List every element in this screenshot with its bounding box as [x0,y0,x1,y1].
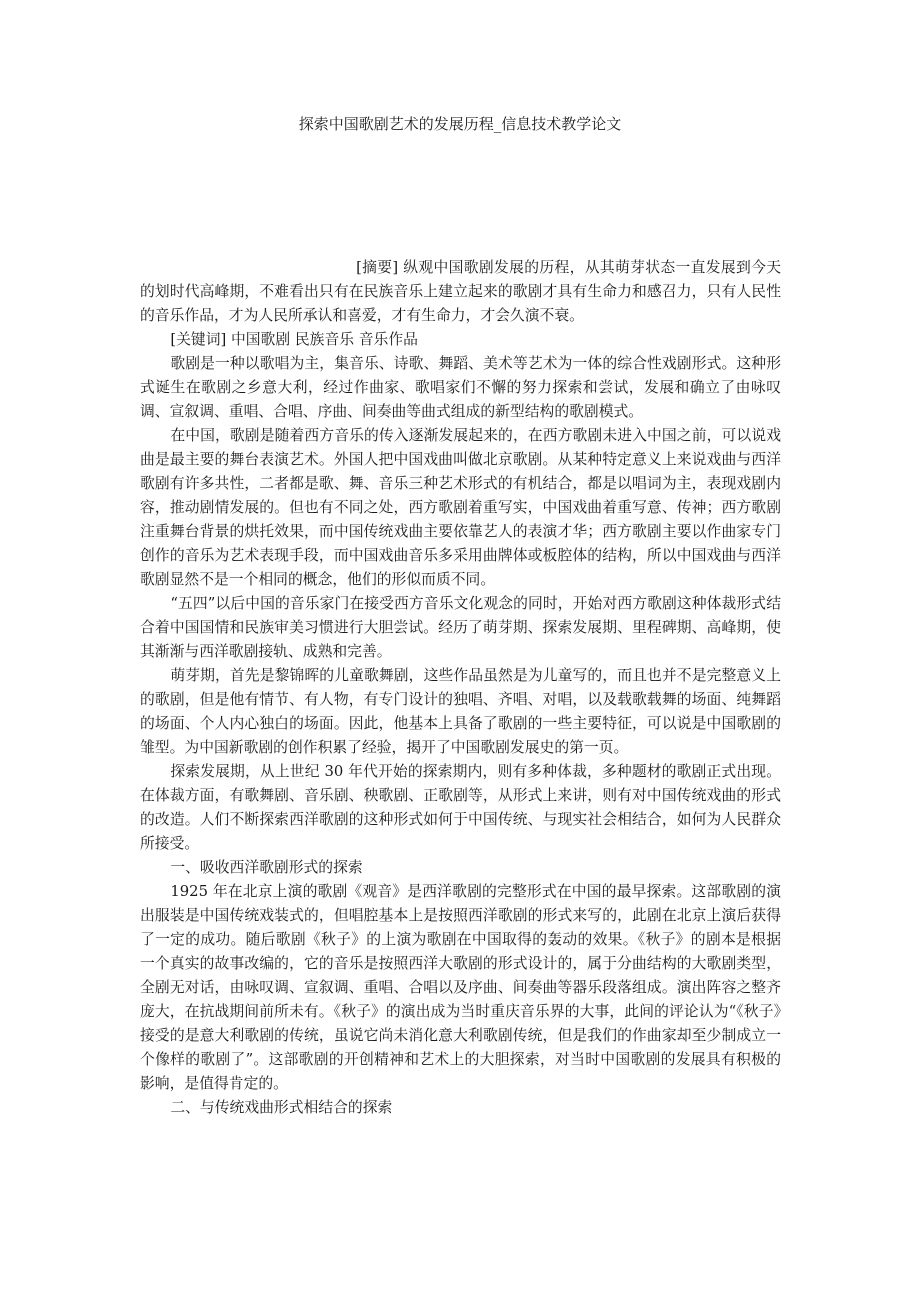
body-paragraph: 探索发展期，从上世纪 30 年代开始的探索期内，则有多种体裁，多种题材的歌剧正式… [140,760,781,856]
section-heading-1: 一、吸收西洋歌剧形式的探索 [140,856,781,880]
body-paragraph: “五四”以后中国的音乐家门在接受西方音乐文化观念的同时，开始对西方歌剧这种体裁形… [140,592,781,664]
body-paragraph: 萌芽期，首先是黎锦晖的儿童歌舞剧，这些作品虽然是为儿童写的，而且也并不是完整意义… [140,664,781,760]
body-paragraph: 1925 年在北京上演的歌剧《观音》是西洋歌剧的完整形式在中国的最早探索。这部歌… [140,880,781,1096]
abstract-paragraph: [摘要] 纵观中国歌剧发展的历程，从其萌芽状态一直发展到今天的划时代高峰期，不难… [140,256,781,328]
body-paragraph: 歌剧是一种以歌唱为主，集音乐、诗歌、舞蹈、美术等艺术为一体的综合性戏剧形式。这种… [140,352,781,424]
document-body: [摘要] 纵观中国歌剧发展的历程，从其萌芽状态一直发展到今天的划时代高峰期，不难… [140,256,781,1120]
keywords-paragraph: [关键词] 中国歌剧 民族音乐 音乐作品 [140,328,781,352]
document-title: 探索中国歌剧艺术的发展历程_信息技术教学论文 [0,114,920,134]
body-paragraph: 在中国，歌剧是随着西方音乐的传入逐渐发展起来的，在西方歌剧未进入中国之前，可以说… [140,424,781,592]
section-heading-2: 二、与传统戏曲形式相结合的探索 [140,1096,781,1120]
